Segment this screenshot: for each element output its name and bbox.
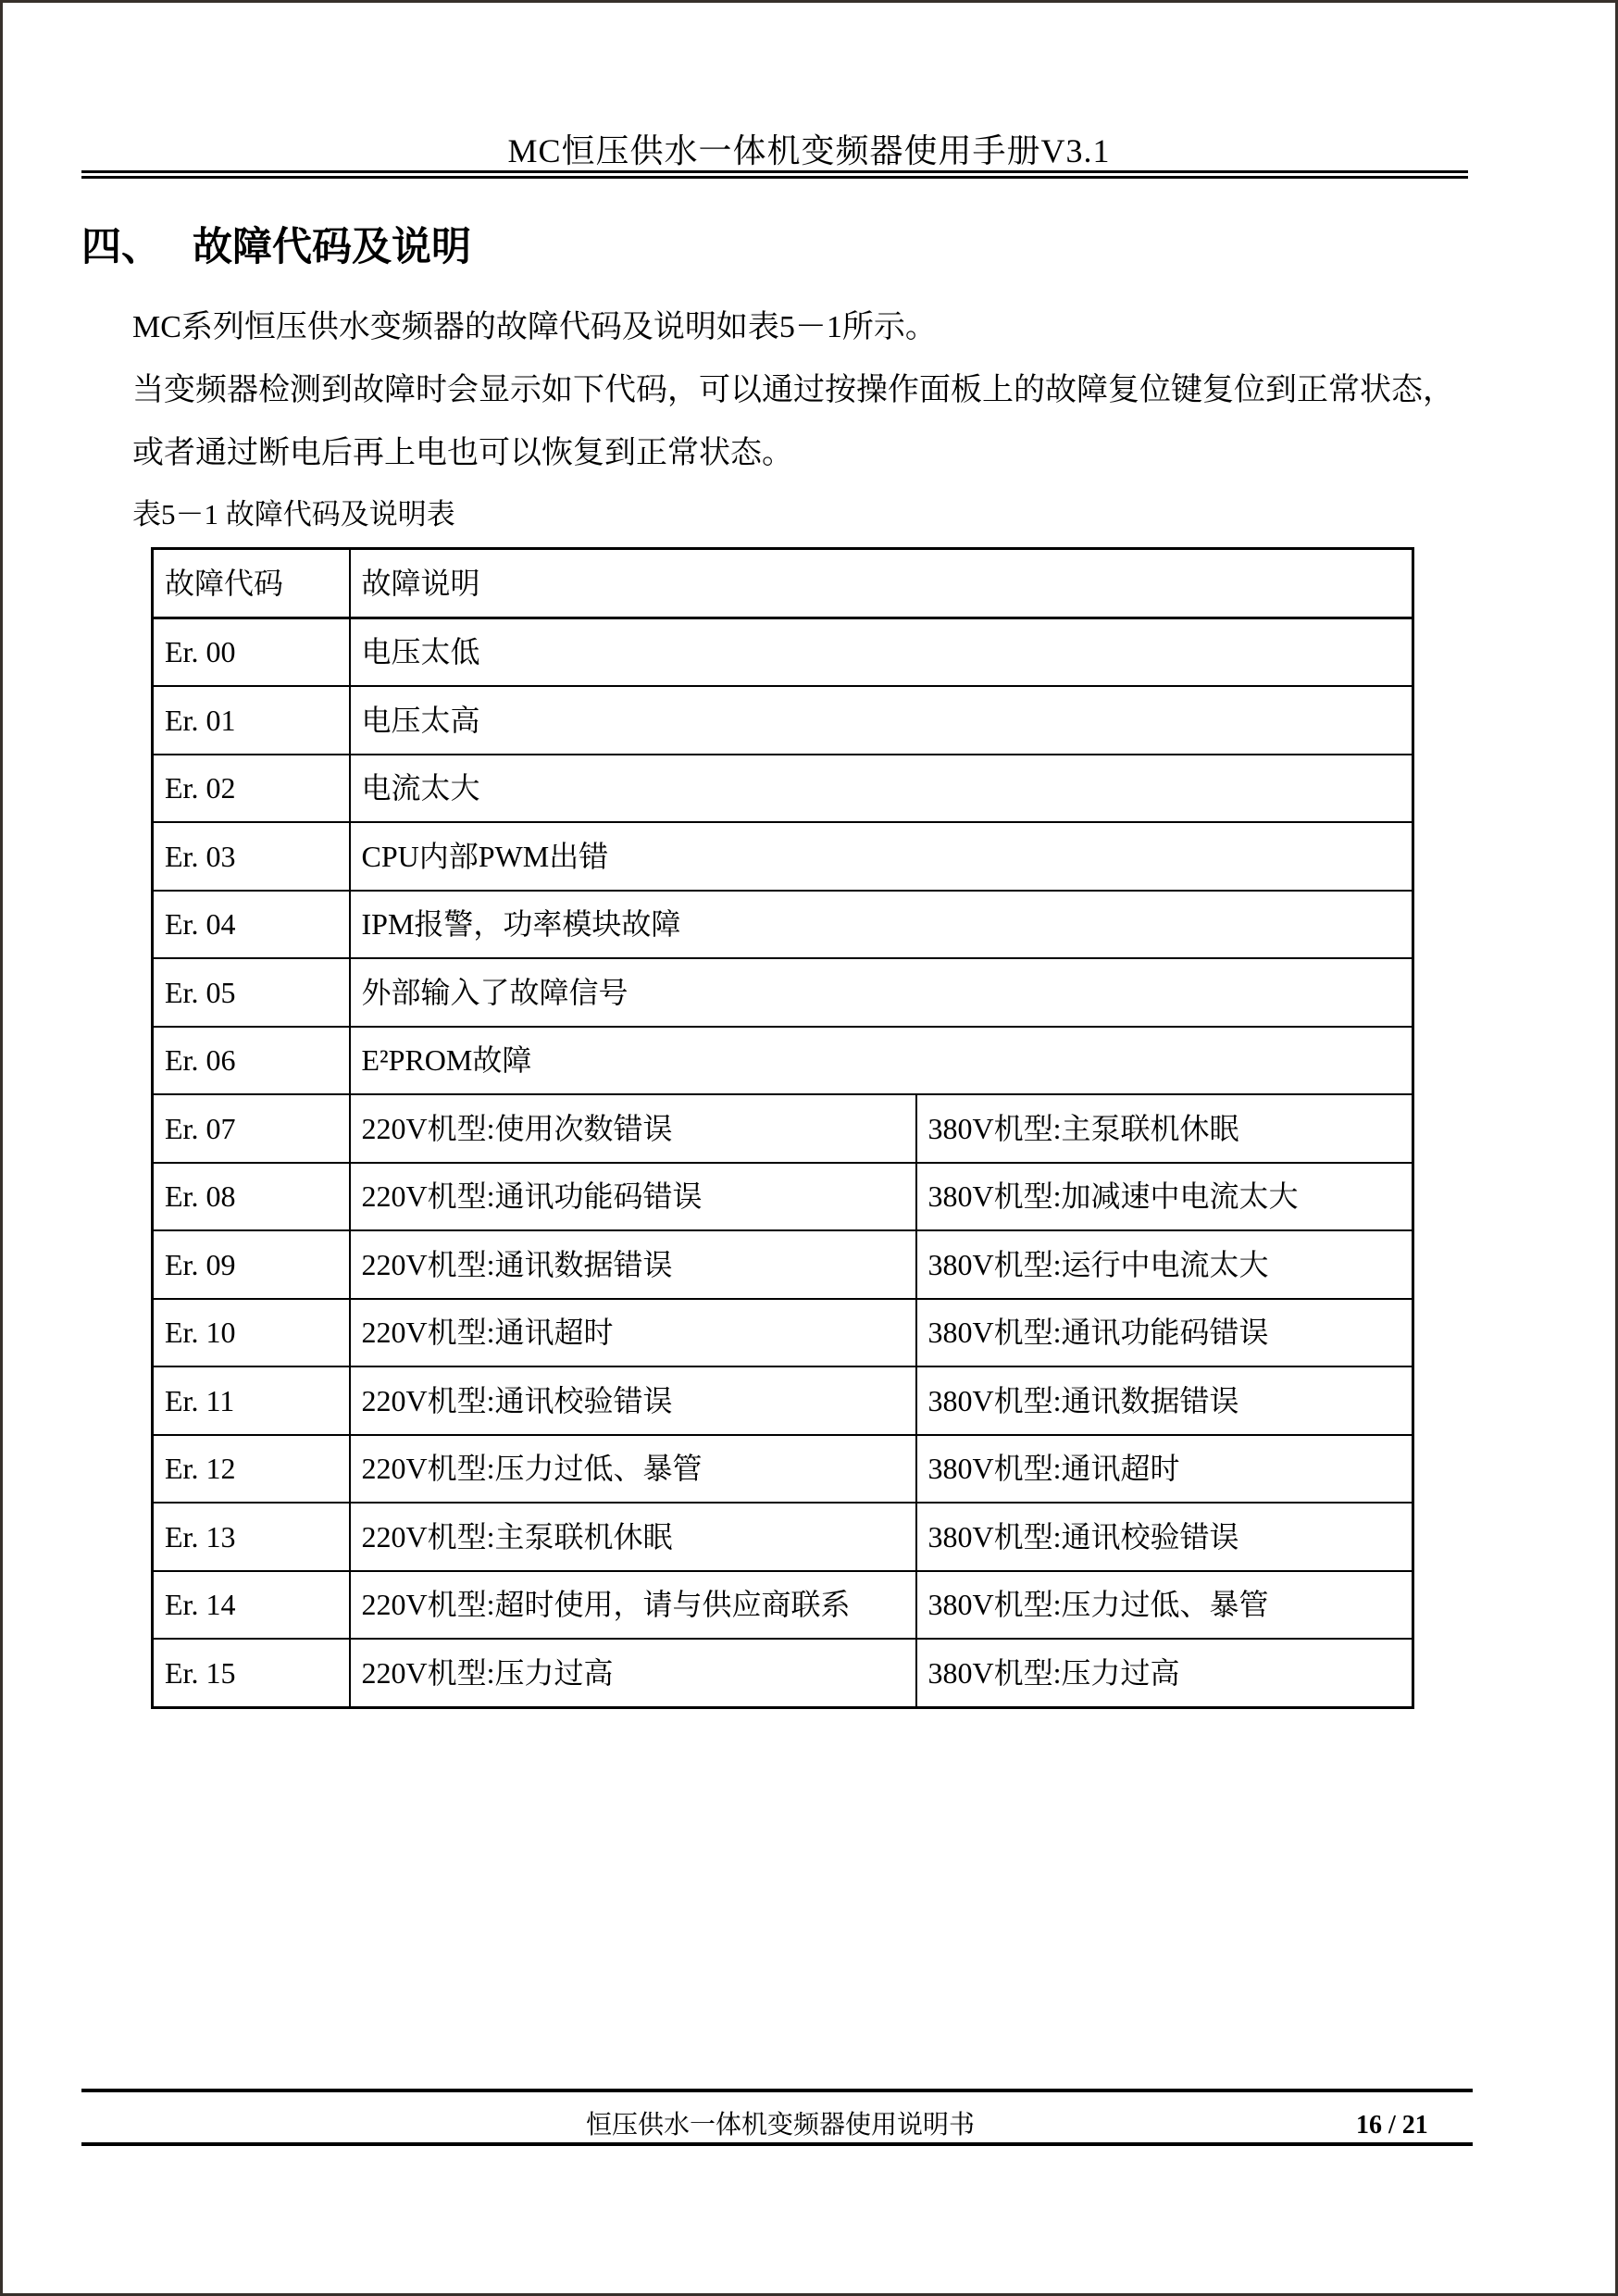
fault-desc-cell: E²PROM故障 xyxy=(350,1027,1413,1095)
fault-desc-380-cell: 380V机型:通讯校验错误 xyxy=(916,1503,1413,1571)
fault-desc-cell: 电压太高 xyxy=(350,686,1413,755)
table-row: Er. 00电压太低 xyxy=(153,618,1413,686)
fault-desc-380-cell: 380V机型:通讯功能码错误 xyxy=(916,1299,1413,1367)
fault-desc-380-cell: 380V机型:运行中电流太大 xyxy=(916,1230,1413,1299)
table-row: Er. 15220V机型:压力过高380V机型:压力过高 xyxy=(153,1639,1413,1707)
fault-code-cell: Er. 02 xyxy=(153,755,350,823)
table-row: Er. 03CPU内部PWM出错 xyxy=(153,822,1413,891)
fault-code-cell: Er. 07 xyxy=(153,1094,350,1163)
fault-desc-380-cell: 380V机型:通讯超时 xyxy=(916,1435,1413,1504)
fault-desc-cell: 外部输入了故障信号 xyxy=(350,958,1413,1027)
fault-desc-380-cell: 380V机型:主泵联机休眠 xyxy=(916,1094,1413,1163)
fault-table: 故障代码 故障说明 Er. 00电压太低Er. 01电压太高Er. 02电流太大… xyxy=(151,547,1414,1709)
fault-desc-cell: IPM报警，功率模块故障 xyxy=(350,891,1413,959)
table-row: Er. 02电流太大 xyxy=(153,755,1413,823)
footer-top-rule xyxy=(81,2089,1473,2092)
footer-doc-title: 恒压供水一体机变频器使用说明书 xyxy=(3,2110,1558,2141)
fault-desc-cell: 电压太低 xyxy=(350,618,1413,686)
section-heading: 四、故障代码及说明 xyxy=(81,225,471,269)
table-row: Er. 10220V机型:通讯超时380V机型:通讯功能码错误 xyxy=(153,1299,1413,1367)
page-frame: MC恒压供水一体机变频器使用手册V3.1 四、故障代码及说明 MC系列恒压供水变… xyxy=(0,0,1618,2296)
fault-desc-220-cell: 220V机型:通讯数据错误 xyxy=(350,1230,916,1299)
fault-code-cell: Er. 08 xyxy=(153,1163,350,1231)
fault-desc-220-cell: 220V机型:通讯超时 xyxy=(350,1299,916,1367)
fault-desc-380-cell: 380V机型:加减速中电流太大 xyxy=(916,1163,1413,1231)
footer-page-number: 16 / 21 xyxy=(1356,2110,1428,2141)
fault-code-cell: Er. 09 xyxy=(153,1230,350,1299)
fault-code-cell: Er. 11 xyxy=(153,1366,350,1435)
section-number: 四、 xyxy=(81,225,161,269)
fault-code-cell: Er. 12 xyxy=(153,1435,350,1504)
table-row: Er. 07220V机型:使用次数错误380V机型:主泵联机休眠 xyxy=(153,1094,1413,1163)
table-row: Er. 13220V机型:主泵联机休眠380V机型:通讯校验错误 xyxy=(153,1503,1413,1571)
fault-code-cell: Er. 04 xyxy=(153,891,350,959)
section-heading-text: 故障代码及说明 xyxy=(193,225,471,269)
fault-code-cell: Er. 15 xyxy=(153,1639,350,1707)
fault-desc-220-cell: 220V机型:压力过高 xyxy=(350,1639,916,1707)
col-header-code: 故障代码 xyxy=(153,549,350,618)
table-row: Er. 04IPM报警，功率模块故障 xyxy=(153,891,1413,959)
table-row: Er. 14220V机型:超时使用，请与供应商联系380V机型:压力过低、暴管 xyxy=(153,1571,1413,1640)
fault-code-cell: Er. 06 xyxy=(153,1027,350,1095)
fault-desc-220-cell: 220V机型:通讯校验错误 xyxy=(350,1366,916,1435)
fault-desc-220-cell: 220V机型:使用次数错误 xyxy=(350,1094,916,1163)
fault-code-cell: Er. 00 xyxy=(153,618,350,686)
table-row: Er. 06E²PROM故障 xyxy=(153,1027,1413,1095)
table-row: Er. 11220V机型:通讯校验错误380V机型:通讯数据错误 xyxy=(153,1366,1413,1435)
fault-code-cell: Er. 14 xyxy=(153,1571,350,1640)
table-row: Er. 05外部输入了故障信号 xyxy=(153,958,1413,1027)
header-double-rule xyxy=(81,170,1468,179)
fault-code-cell: Er. 05 xyxy=(153,958,350,1027)
col-header-desc: 故障说明 xyxy=(350,549,1413,618)
fault-code-cell: Er. 10 xyxy=(153,1299,350,1367)
fault-table-header-row: 故障代码 故障说明 xyxy=(153,549,1413,618)
fault-desc-cell: 电流太大 xyxy=(350,755,1413,823)
paragraph-line: MC系列恒压供水变频器的故障代码及说明如表5－1所示。 xyxy=(132,296,1484,359)
footer-bottom-rule xyxy=(81,2142,1473,2146)
fault-code-cell: Er. 03 xyxy=(153,822,350,891)
table-row: Er. 01电压太高 xyxy=(153,686,1413,755)
fault-desc-220-cell: 220V机型:超时使用，请与供应商联系 xyxy=(350,1571,916,1640)
table-row: Er. 08220V机型:通讯功能码错误380V机型:加减速中电流太大 xyxy=(153,1163,1413,1231)
fault-desc-220-cell: 220V机型:通讯功能码错误 xyxy=(350,1163,916,1231)
table-row: Er. 12220V机型:压力过低、暴管380V机型:通讯超时 xyxy=(153,1435,1413,1504)
fault-desc-380-cell: 380V机型:压力过低、暴管 xyxy=(916,1571,1413,1640)
table-row: Er. 09220V机型:通讯数据错误380V机型:运行中电流太大 xyxy=(153,1230,1413,1299)
header-title: MC恒压供水一体机变频器使用手册V3.1 xyxy=(3,132,1615,169)
paragraph-line: 或者通过断电后再上电也可以恢复到正常状态。 xyxy=(132,422,1484,485)
table-caption: 表5－1 故障代码及说明表 xyxy=(132,500,455,529)
fault-desc-220-cell: 220V机型:主泵联机休眠 xyxy=(350,1503,916,1571)
fault-code-cell: Er. 01 xyxy=(153,686,350,755)
fault-desc-cell: CPU内部PWM出错 xyxy=(350,822,1413,891)
paragraph-line: 当变频器检测到故障时会显示如下代码，可以通过按操作面板上的故障复位键复位到正常状… xyxy=(132,359,1484,422)
fault-desc-380-cell: 380V机型:通讯数据错误 xyxy=(916,1366,1413,1435)
fault-desc-380-cell: 380V机型:压力过高 xyxy=(916,1639,1413,1707)
body-paragraph: MC系列恒压供水变频器的故障代码及说明如表5－1所示。 当变频器检测到故障时会显… xyxy=(132,296,1484,485)
fault-desc-220-cell: 220V机型:压力过低、暴管 xyxy=(350,1435,916,1504)
fault-code-cell: Er. 13 xyxy=(153,1503,350,1571)
